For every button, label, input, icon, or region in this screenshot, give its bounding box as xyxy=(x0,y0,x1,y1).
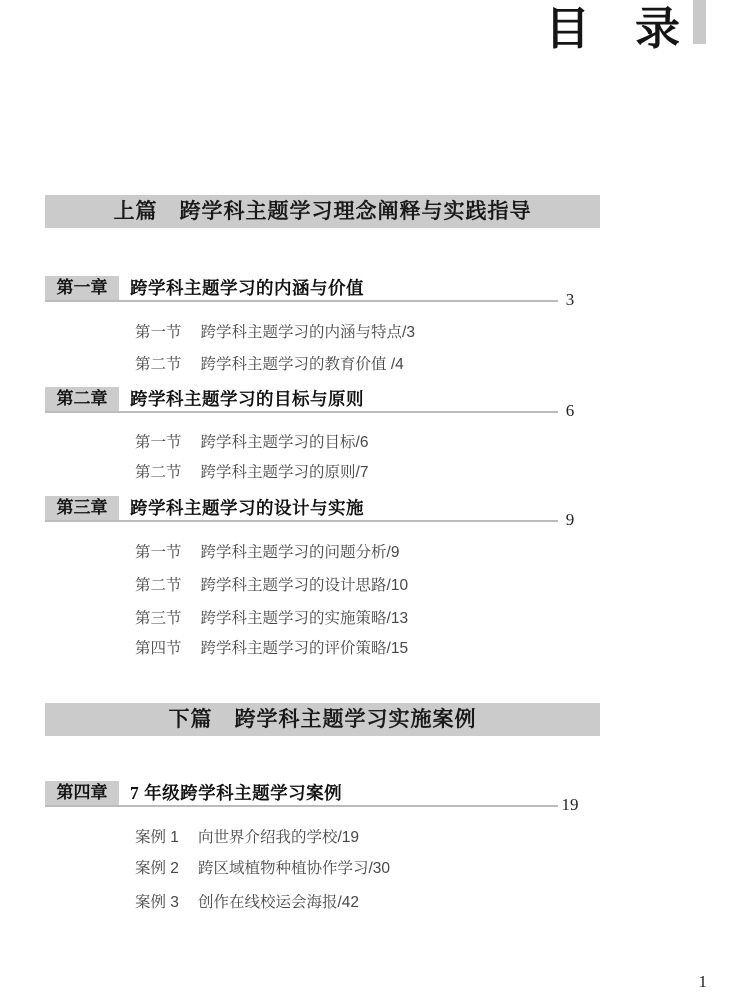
chapter1-page-number: 3 xyxy=(555,290,585,310)
chapter2-title: 跨学科主题学习的目标与原则 xyxy=(130,387,364,411)
section-entry: 第二节跨学科主题学习的原则/7 xyxy=(135,463,368,483)
chapter2-page-number: 6 xyxy=(555,401,585,421)
leader-rule xyxy=(45,300,558,302)
chapter-row-2: 第二章 跨学科主题学习的目标与原则 6 xyxy=(45,387,585,411)
case-entry: 案例 2跨区域植物种植协作学习/30 xyxy=(135,859,390,879)
chapter4-title: 7 年级跨学科主题学习案例 xyxy=(130,781,342,805)
chapter-row-3: 第三章 跨学科主题学习的设计与实施 9 xyxy=(45,496,585,520)
section-text: 跨学科主题学习的内涵与特点/3 xyxy=(201,324,415,341)
chapter-row-4: 第四章 7 年级跨学科主题学习案例 19 xyxy=(45,781,585,805)
section-entry: 第三节跨学科主题学习的实施策略/13 xyxy=(135,609,408,629)
case-label: 案例 3 xyxy=(135,894,179,911)
section-label: 第一节 xyxy=(135,544,182,561)
section-text: 跨学科主题学习的教育价值 /4 xyxy=(201,356,404,373)
part2-header: 下篇 跨学科主题学习实施案例 xyxy=(45,703,600,736)
section-text: 跨学科主题学习的评价策略/15 xyxy=(201,640,409,657)
section-entry: 第一节跨学科主题学习的目标/6 xyxy=(135,433,368,453)
title-accent-bar xyxy=(693,0,706,44)
section-label: 第一节 xyxy=(135,324,182,341)
case-entry: 案例 3创作在线校运会海报/42 xyxy=(135,893,359,913)
case-text: 跨区域植物种植协作学习/30 xyxy=(198,860,390,877)
page-title: 目 录 xyxy=(545,0,680,57)
section-entry: 第一节跨学科主题学习的问题分析/9 xyxy=(135,543,399,563)
section-entry: 第四节跨学科主题学习的评价策略/15 xyxy=(135,639,408,659)
chapter3-title: 跨学科主题学习的设计与实施 xyxy=(130,496,364,520)
section-label: 第三节 xyxy=(135,610,182,627)
section-entry: 第一节跨学科主题学习的内涵与特点/3 xyxy=(135,323,415,343)
toc-page: 目 录 上篇 跨学科主题学习理念阐释与实践指导 第一章 跨学科主题学习的内涵与价… xyxy=(0,0,750,1000)
chapter4-badge: 第四章 xyxy=(45,781,119,805)
leader-rule xyxy=(45,520,558,522)
section-label: 第四节 xyxy=(135,640,182,657)
folio-page-number: 1 xyxy=(699,972,708,992)
section-text: 跨学科主题学习的原则/7 xyxy=(201,464,369,481)
leader-rule xyxy=(45,805,558,807)
section-text: 跨学科主题学习的问题分析/9 xyxy=(201,544,400,561)
section-text: 跨学科主题学习的目标/6 xyxy=(201,434,369,451)
section-text: 跨学科主题学习的实施策略/13 xyxy=(201,610,409,627)
chapter-row-1: 第一章 跨学科主题学习的内涵与价值 3 xyxy=(45,276,585,300)
case-entry: 案例 1向世界介绍我的学校/19 xyxy=(135,828,359,848)
section-entry: 第二节跨学科主题学习的设计思路/10 xyxy=(135,576,408,596)
chapter1-badge: 第一章 xyxy=(45,276,119,300)
chapter1-title: 跨学科主题学习的内涵与价值 xyxy=(130,276,364,300)
case-label: 案例 2 xyxy=(135,860,179,877)
section-entry: 第二节跨学科主题学习的教育价值 /4 xyxy=(135,355,404,375)
chapter3-page-number: 9 xyxy=(555,510,585,530)
chapter3-badge: 第三章 xyxy=(45,496,119,520)
chapter2-badge: 第二章 xyxy=(45,387,119,411)
case-label: 案例 1 xyxy=(135,829,179,846)
section-label: 第一节 xyxy=(135,434,182,451)
chapter4-page-number: 19 xyxy=(555,795,585,815)
case-text: 创作在线校运会海报/42 xyxy=(198,894,359,911)
section-label: 第二节 xyxy=(135,356,182,373)
leader-rule xyxy=(45,411,558,413)
section-text: 跨学科主题学习的设计思路/10 xyxy=(201,577,409,594)
part1-header: 上篇 跨学科主题学习理念阐释与实践指导 xyxy=(45,195,600,228)
section-label: 第二节 xyxy=(135,577,182,594)
section-label: 第二节 xyxy=(135,464,182,481)
case-text: 向世界介绍我的学校/19 xyxy=(198,829,359,846)
